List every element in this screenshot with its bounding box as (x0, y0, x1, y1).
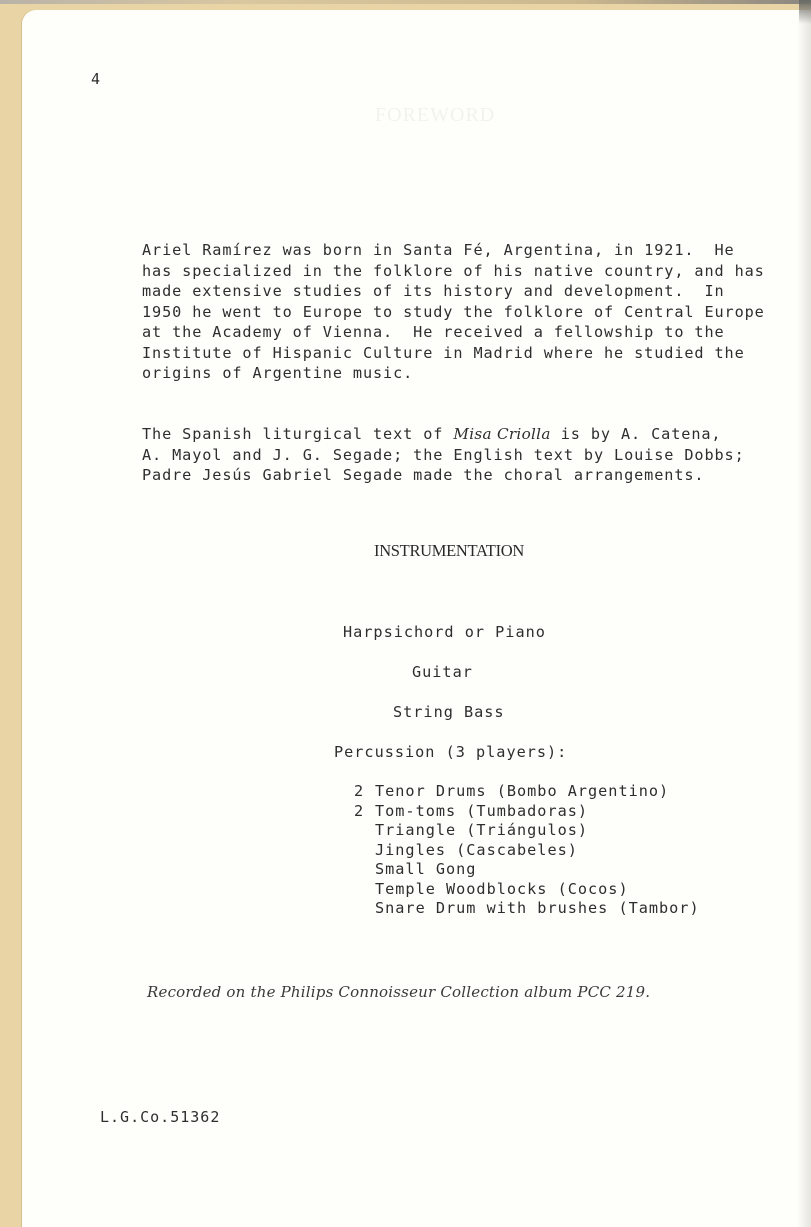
percussion-item: 2Tenor Drums (Bombo Argentino) (354, 782, 700, 802)
percussion-item: Temple Woodblocks (Cocos) (354, 880, 700, 900)
percussion-item: Snare Drum with brushes (Tambor) (354, 899, 700, 919)
credits-text: is by A. Catena, (551, 425, 722, 443)
biography-line: origins of Argentine music. (142, 363, 765, 384)
instrument-harpsichord: Harpsichord or Piano (343, 623, 546, 641)
credits-line-2: A. Mayol and J. G. Segade; the English t… (142, 445, 745, 466)
percussion-name: Jingles (Cascabeles) (375, 841, 578, 859)
percussion-label: Percussion (3 players): (334, 743, 567, 761)
credits-line-1: The Spanish liturgical text of Misa Crio… (142, 424, 745, 445)
percussion-item: Small Gong (354, 860, 700, 880)
biography-paragraph: Ariel Ramírez was born in Santa Fé, Arge… (142, 240, 765, 384)
scan-top-edge (0, 0, 811, 4)
percussion-item: Jingles (Cascabeles) (354, 841, 700, 861)
credits-line-3: Padre Jesús Gabriel Segade made the chor… (142, 465, 745, 486)
biography-line: Institute of Hispanic Culture in Madrid … (142, 343, 765, 364)
percussion-item: Triangle (Triángulos) (354, 821, 700, 841)
page-corner-shadow (799, 0, 811, 24)
credits-text: The Spanish liturgical text of (142, 425, 453, 443)
instrumentation-heading: INSTRUMENTATION (374, 541, 524, 561)
percussion-name: Small Gong (375, 860, 476, 878)
biography-line: at the Academy of Vienna. He received a … (142, 322, 765, 343)
page-number: 4 (91, 70, 101, 88)
instrument-string-bass: String Bass (393, 703, 505, 721)
percussion-name: Triangle (Triángulos) (375, 821, 588, 839)
biography-line: has specialized in the folklore of his n… (142, 261, 765, 282)
catalog-number: L.G.Co.51362 (100, 1108, 220, 1126)
percussion-list: 2Tenor Drums (Bombo Argentino) 2Tom-toms… (354, 782, 700, 919)
percussion-qty: 2 (354, 782, 375, 802)
percussion-name: Tom-toms (Tumbadoras) (375, 802, 588, 820)
percussion-name: Temple Woodblocks (Cocos) (375, 880, 629, 898)
recording-note: Recorded on the Philips Connoisseur Coll… (147, 983, 650, 1001)
page-right-shadow (797, 0, 811, 1227)
show-through-heading: FOREWORD (375, 104, 495, 127)
instrument-guitar: Guitar (412, 663, 473, 681)
biography-line: 1950 he went to Europe to study the folk… (142, 302, 765, 323)
credits-paragraph: The Spanish liturgical text of Misa Crio… (142, 424, 745, 486)
percussion-name: Snare Drum with brushes (Tambor) (375, 899, 700, 917)
biography-line: made extensive studies of its history an… (142, 281, 765, 302)
document-page (22, 10, 811, 1227)
work-title: Misa Criolla (453, 425, 550, 443)
biography-line: Ariel Ramírez was born in Santa Fé, Arge… (142, 240, 765, 261)
percussion-item: 2Tom-toms (Tumbadoras) (354, 802, 700, 822)
percussion-name: Tenor Drums (Bombo Argentino) (375, 782, 669, 800)
percussion-qty: 2 (354, 802, 375, 822)
